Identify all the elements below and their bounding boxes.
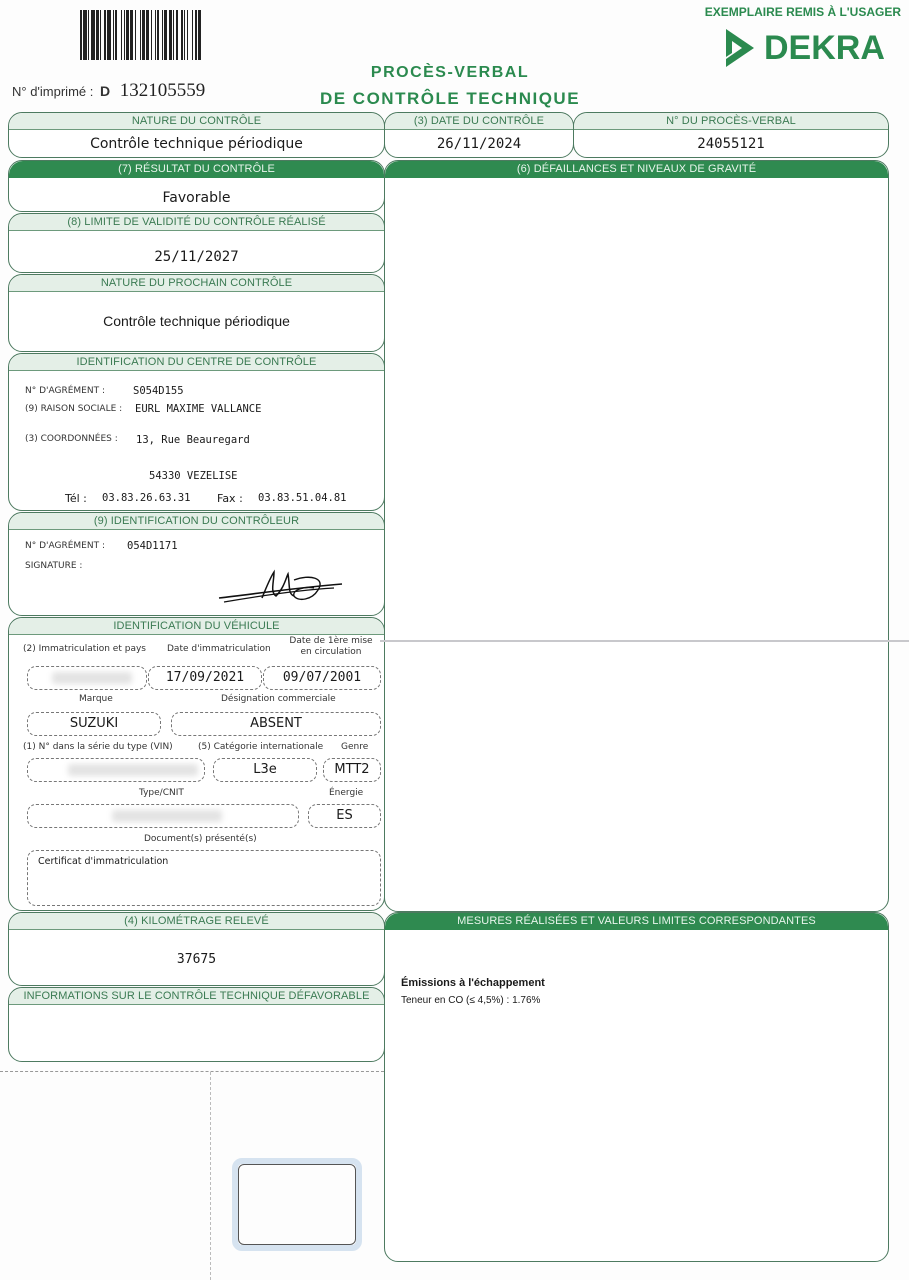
copy-notice: EXEMPLAIRE REMIS À L'USAGER (705, 5, 901, 19)
tear-line (0, 1071, 384, 1072)
marque-field: SUZUKI (27, 712, 161, 736)
infos-defavorable-box: INFORMATIONS SUR LE CONTRÔLE TECHNIQUE D… (8, 987, 385, 1062)
centre-label: IDENTIFICATION DU CENTRE DE CONTRÔLE (9, 354, 384, 371)
vehicule-box: IDENTIFICATION DU VÉHICULE (2) Immatricu… (8, 617, 385, 911)
stamp-frame (232, 1158, 362, 1251)
centre-box: IDENTIFICATION DU CENTRE DE CONTRÔLE N° … (8, 353, 385, 511)
controleur-agrement-value: 054D1171 (127, 540, 178, 552)
raison-sociale-label: (9) RAISON SOCIALE : (25, 404, 122, 414)
document-title: PROCÈS-VERBAL DE CONTRÔLE TECHNIQUE (300, 60, 600, 112)
type-field (27, 804, 299, 828)
title-line-2: DE CONTRÔLE TECHNIQUE (300, 86, 600, 112)
vin-field (27, 758, 205, 782)
barcode-icon (80, 10, 292, 60)
signature-icon (214, 568, 354, 610)
nature-controle-label: NATURE DU CONTRÔLE (9, 113, 384, 130)
kilometrage-box: (4) KILOMÉTRAGE RELEVÉ 37675 (8, 912, 385, 986)
adresse-value: 13, Rue Beauregard (136, 434, 250, 446)
mesures-co-line: Teneur en CO (≤ 4,5%) : 1.76% (401, 995, 540, 1006)
documents-field: Certificat d'immatriculation (27, 850, 381, 906)
brand-name: DEKRA (764, 29, 885, 68)
prochain-controle-label: NATURE DU PROCHAIN CONTRÔLE (9, 275, 384, 292)
defaillances-box: (6) DÉFAILLANCES ET NIVEAUX DE GRAVITÉ (384, 160, 889, 912)
tel-label: Tél : (65, 492, 87, 505)
printed-number-label: N° d'imprimé : (12, 84, 93, 99)
limite-validite-label: (8) LIMITE DE VALIDITÉ DU CONTRÔLE RÉALI… (9, 214, 384, 231)
categorie-label: (5) Catégorie internationale (198, 742, 323, 752)
numero-pv-value: 24055121 (574, 136, 888, 152)
fax-label: Fax : (217, 492, 243, 505)
numero-pv-label: N° DU PROCÈS-VERBAL (574, 113, 888, 130)
prochain-controle-value: Contrôle technique périodique (9, 313, 384, 329)
kilometrage-label: (4) KILOMÉTRAGE RELEVÉ (9, 913, 384, 930)
date-immat-field: 17/09/2021 (148, 666, 262, 690)
premiere-mise-label-2: en circulation (285, 647, 377, 658)
kilometrage-value: 37675 (9, 952, 384, 967)
centre-agrement-value: S054D155 (133, 385, 184, 397)
mesures-section-title: Émissions à l'échappement (401, 977, 545, 989)
date-controle-label: (3) DATE DU CONTRÔLE (385, 113, 573, 130)
controleur-box: (9) IDENTIFICATION DU CONTRÔLEUR N° D'AG… (8, 512, 385, 616)
genre-field: MTT2 (323, 758, 381, 782)
date-controle-value: 26/11/2024 (385, 136, 573, 152)
vehicule-label: IDENTIFICATION DU VÉHICULE (9, 618, 384, 635)
designation-field: ABSENT (171, 712, 381, 736)
vin-label: (1) N° dans la série du type (VIN) (23, 742, 173, 752)
dekra-arrow-icon (722, 27, 756, 69)
limite-validite-box: (8) LIMITE DE VALIDITÉ DU CONTRÔLE RÉALI… (8, 213, 385, 273)
premiere-mise-label: Date de 1ère mise en circulation (285, 636, 377, 658)
printed-number: N° d'imprimé : D 132105559 (12, 80, 205, 102)
ville-value: 54330 VEZELISE (149, 470, 238, 482)
raison-sociale-value: EURL MAXIME VALLANCE (135, 403, 261, 415)
premiere-mise-field: 09/07/2001 (263, 666, 381, 690)
designation-label: Désignation commerciale (221, 694, 336, 704)
energie-field: ES (308, 804, 381, 828)
limite-validite-value: 25/11/2027 (9, 249, 384, 265)
type-label: Type/CNIT (139, 788, 184, 798)
energie-label: Énergie (329, 788, 363, 798)
controleur-agrement-label: N° D'AGRÉMENT : (25, 541, 105, 551)
tear-line-vertical (210, 1072, 211, 1280)
immat-field (27, 666, 147, 690)
immat-label: (2) Immatriculation et pays (23, 644, 146, 654)
date-controle-box: (3) DATE DU CONTRÔLE 26/11/2024 (384, 112, 574, 158)
marque-label: Marque (79, 694, 113, 704)
dekra-logo: DEKRA (722, 26, 885, 70)
mesures-box: MESURES RÉALISÉES ET VALEURS LIMITES COR… (384, 912, 889, 1262)
infos-defavorable-label: INFORMATIONS SUR LE CONTRÔLE TECHNIQUE D… (9, 988, 384, 1005)
premiere-mise-label-1: Date de 1ère mise (285, 636, 377, 647)
resultat-box: (7) RÉSULTAT DU CONTRÔLE Favorable (8, 160, 385, 212)
documents-label: Document(s) présenté(s) (144, 834, 257, 844)
signature-label: SIGNATURE : (25, 561, 82, 571)
nature-controle-value: Contrôle technique périodique (9, 136, 384, 152)
prochain-controle-box: NATURE DU PROCHAIN CONTRÔLE Contrôle tec… (8, 274, 385, 352)
numero-pv-box: N° DU PROCÈS-VERBAL 24055121 (573, 112, 889, 158)
coordonnees-label: (3) COORDONNÉES : (25, 434, 118, 444)
date-immat-label: Date d'immatriculation (167, 644, 271, 654)
controleur-label: (9) IDENTIFICATION DU CONTRÔLEUR (9, 513, 384, 530)
genre-label: Genre (341, 742, 368, 752)
categorie-field: L3e (213, 758, 317, 782)
fax-value: 03.83.51.04.81 (258, 492, 347, 504)
printed-number-prefix: D (100, 83, 110, 99)
resultat-label: (7) RÉSULTAT DU CONTRÔLE (9, 161, 384, 178)
resultat-value: Favorable (9, 190, 384, 206)
mesures-label: MESURES RÉALISÉES ET VALEURS LIMITES COR… (385, 913, 888, 930)
nature-controle-box: NATURE DU CONTRÔLE Contrôle technique pé… (8, 112, 385, 158)
title-line-1: PROCÈS-VERBAL (300, 60, 600, 86)
defaillances-label: (6) DÉFAILLANCES ET NIVEAUX DE GRAVITÉ (385, 161, 888, 178)
centre-agrement-label: N° D'AGRÉMENT : (25, 386, 105, 396)
tel-value: 03.83.26.63.31 (102, 492, 191, 504)
paper-fold (380, 640, 909, 642)
printed-number-value: 132105559 (120, 80, 206, 101)
